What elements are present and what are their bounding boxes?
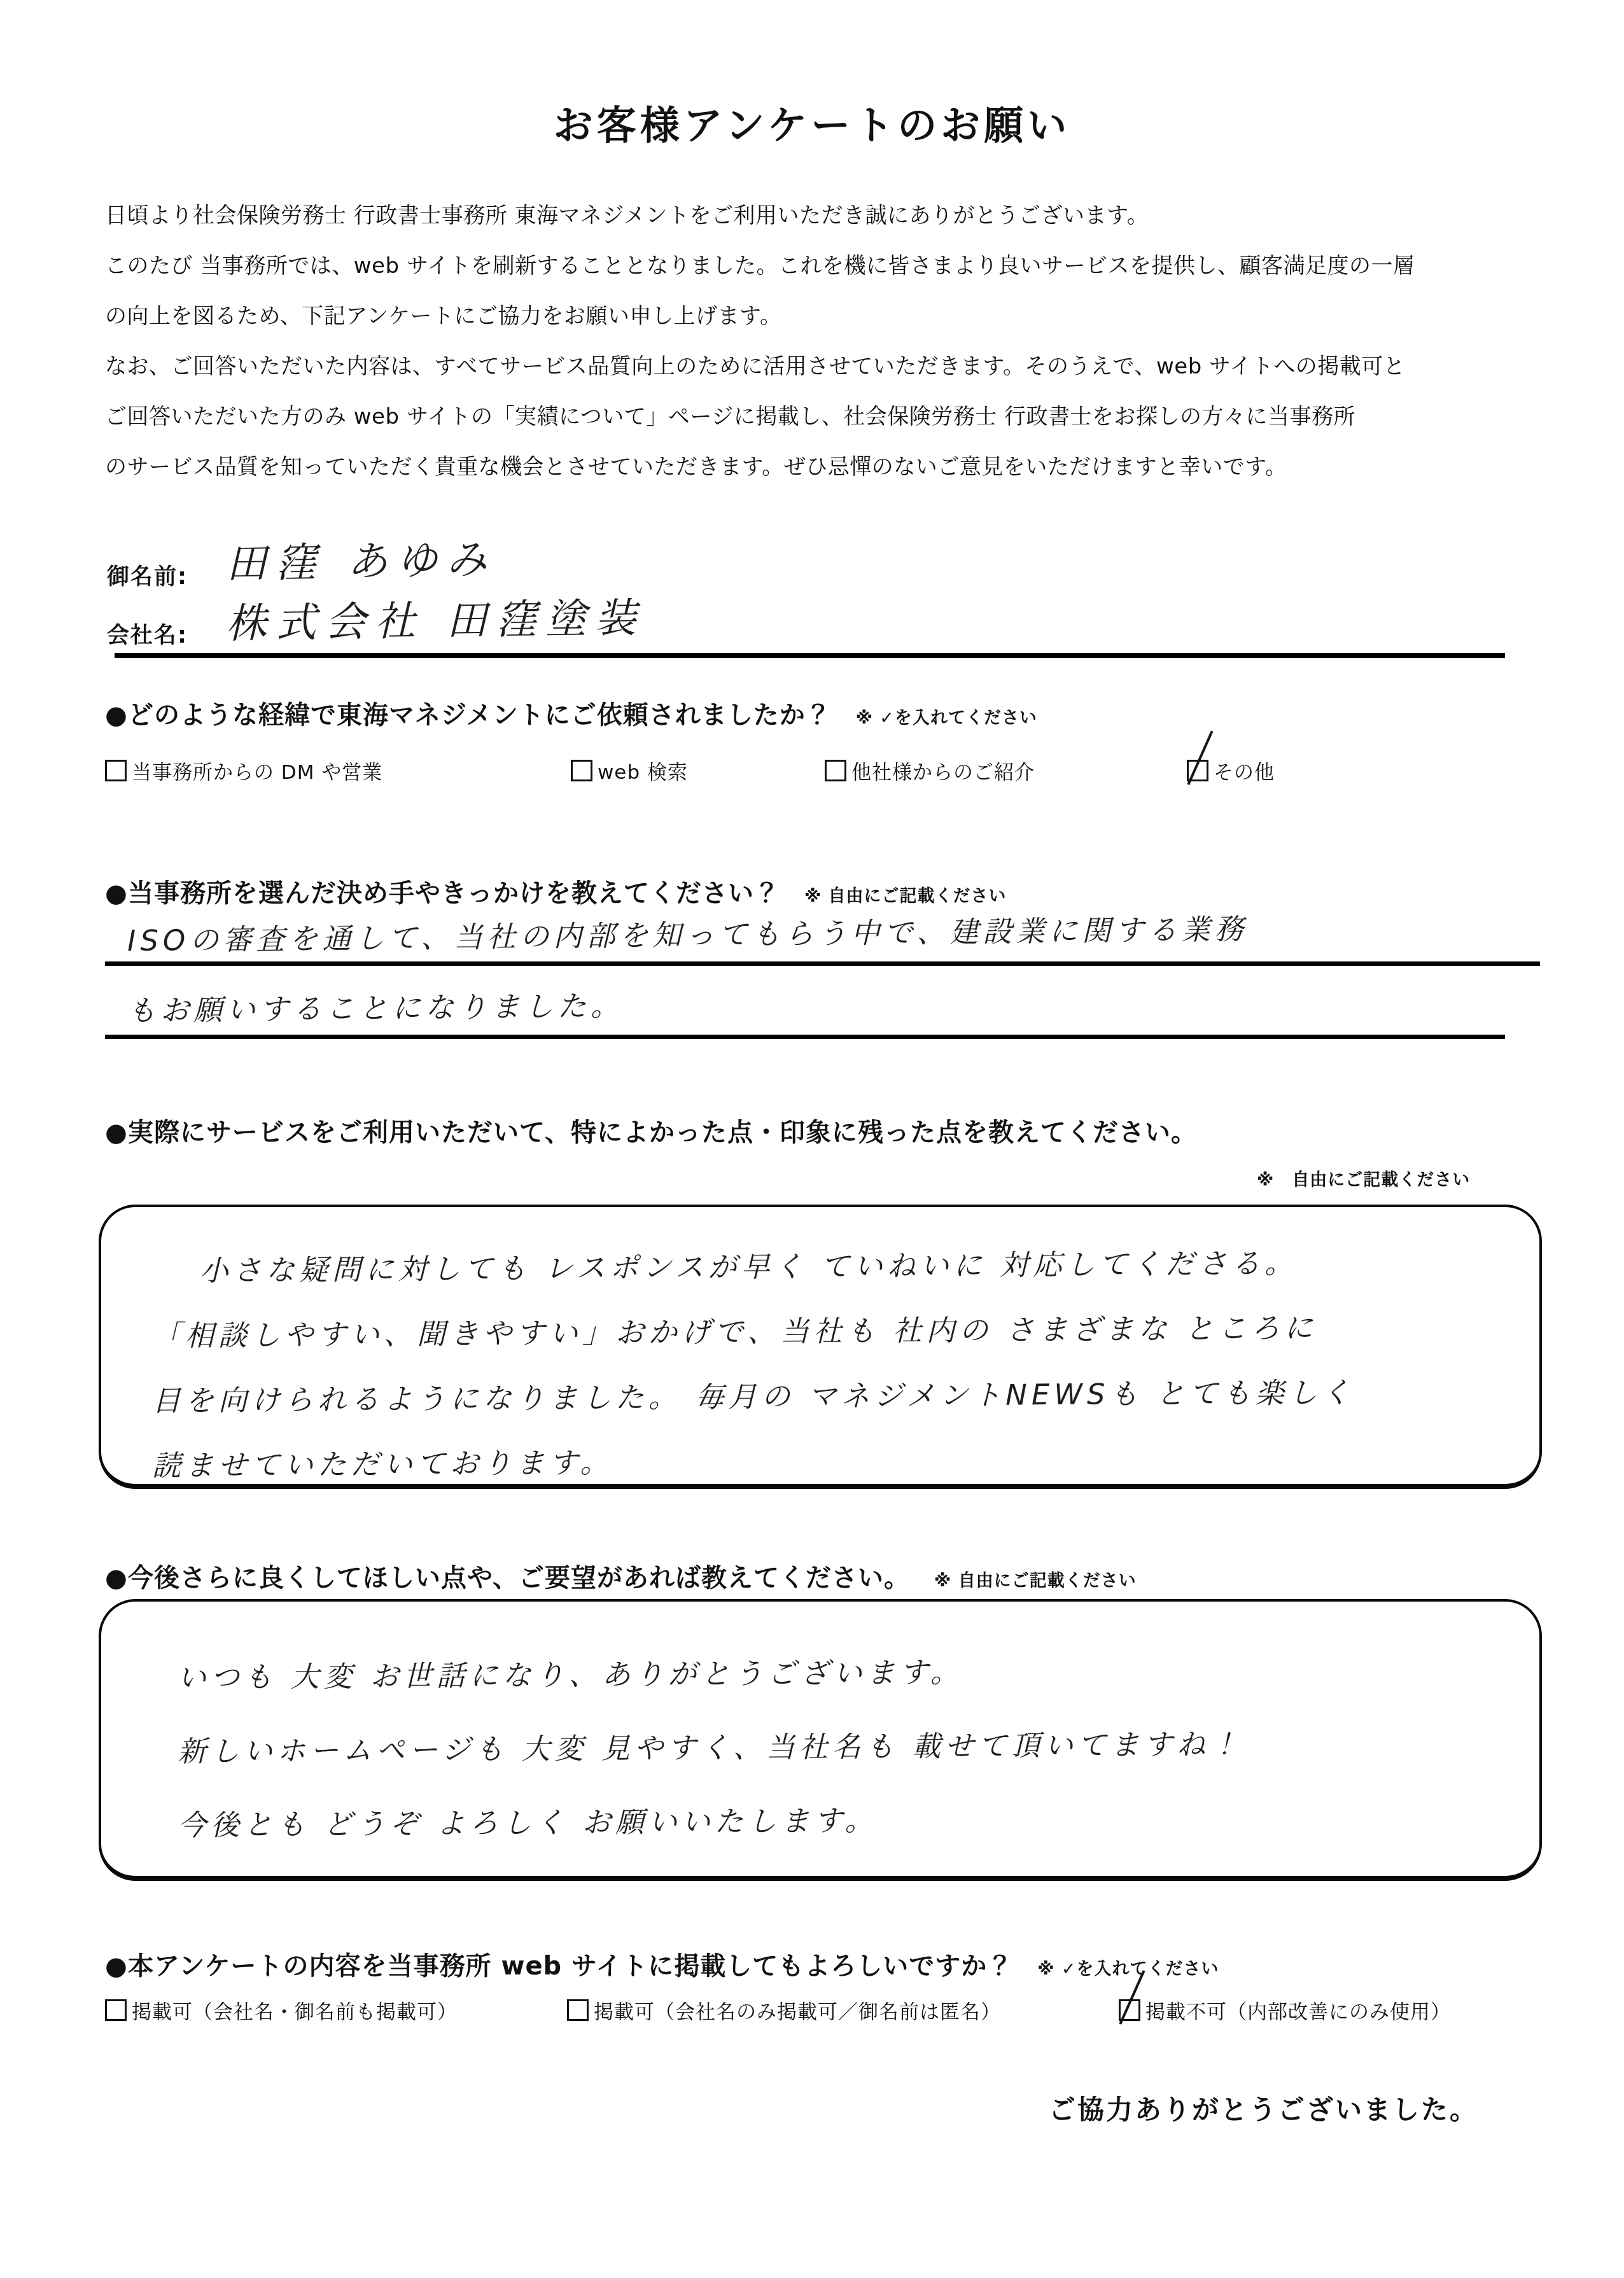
name-field-label: 御名前: <box>107 564 188 590</box>
option-other: その他 <box>1187 756 1275 785</box>
respondent-fields: 御名前: 田窪 あゆみ 会社名: 株式会社 田窪塗装 <box>107 538 645 655</box>
question-4-answer-line-3: 今後とも どうぞ よろしく お願いいたします。 <box>178 1779 1515 1862</box>
question-5-title: ●本アンケートの内容を当事務所 web サイトに掲載してもよろしいですか？ <box>105 1952 1013 1981</box>
checkbox-referral[interactable] <box>825 760 846 781</box>
option-no-publish: 掲載不可（内部改善にのみ使用） <box>1119 1995 1451 2024</box>
question-2-note: ※ 自由にご記載ください <box>804 886 1007 906</box>
question-2-answer-line-1: ISOの審査を通して、当社の内部を知ってもらう中で、建設業に関する業務 <box>127 906 1248 959</box>
option-label: 掲載可（会社名のみ掲載可／御名前は匿名） <box>594 2001 1001 2023</box>
question-3-answer-line-4: 読ませていただいております。 <box>152 1424 1515 1499</box>
intro-line: なお、ご回答いただいた内容は、すべてサービス品質向上のために活用させていただきま… <box>105 342 1530 392</box>
intro-line: このたび 当事務所では、web サイトを刷新することとなりました。これを機に皆さ… <box>105 241 1530 291</box>
survey-document: お客様アンケートのお願い 日頃より社会保険労務士 行政書士事務所 東海マネジメン… <box>0 0 1624 2278</box>
section-divider <box>115 653 1505 658</box>
question-3-note: ※ 自由にご記載ください <box>1257 1166 1470 1191</box>
checkbox-web-search[interactable] <box>571 760 592 781</box>
checkbox-other[interactable] <box>1187 760 1208 781</box>
intro-line: のサービス品質を知っていただく貴重な機会とさせていただきます。ぜひ忌憚のないご意… <box>105 442 1530 493</box>
company-field-handwritten-value: 株式会社 田窪塗装 <box>225 585 645 650</box>
option-label: 掲載可（会社名・御名前も掲載可） <box>132 2001 458 2023</box>
question-4-answer-line-2: 新しいホームページも 大変 見やすく、当社名も 載せて頂いてますね！ <box>178 1705 1515 1789</box>
question-4-answer-box: いつも 大変 お世話になり、ありがとうございます。 新しいホームページも 大変 … <box>99 1599 1542 1881</box>
answer-underline <box>105 1035 1505 1039</box>
name-field-handwritten-value: 田窪 あゆみ <box>225 527 496 590</box>
check-mark <box>1119 1970 1145 2025</box>
option-label: 当事務所からの DM や営業 <box>132 761 382 784</box>
option-publish-full: 掲載可（会社名・御名前も掲載可） <box>105 1995 458 2024</box>
intro-line: ご回答いただいた方のみ web サイトの「実績について」ページに掲載し、社会保険… <box>105 392 1530 442</box>
option-referral: 他社様からのご紹介 <box>825 756 1035 785</box>
question-4-note: ※ 自由にご記載ください <box>934 1571 1137 1591</box>
option-label: 掲載不可（内部改善にのみ使用） <box>1145 2001 1451 2023</box>
intro-line: の向上を図るため、下記アンケートにご協力をお願い申し上げます。 <box>105 291 1530 342</box>
checkbox-dm-sales[interactable] <box>105 760 127 781</box>
question-3-answer-line-2: 「相談しやすい、聞きやすい」おかげで、当社も 社内の さまざまな ところに <box>152 1294 1515 1369</box>
answer-underline <box>105 961 1540 966</box>
question-2-heading: ●当事務所を選んだ決め手やきっかけを教えてください？※ 自由にご記載ください <box>105 873 1007 909</box>
question-3-answer-box: 小さな疑問に対しても レスポンスが早く ていねいに 対応してくださる。 「相談し… <box>99 1205 1542 1489</box>
question-1-note: ※ ✓を入れてください <box>856 708 1037 728</box>
intro-line: 日頃より社会保険労務士 行政書士事務所 東海マネジメントをご利用いただき誠にあり… <box>105 191 1530 241</box>
option-label: web 検索 <box>598 761 688 784</box>
question-5-heading: ●本アンケートの内容を当事務所 web サイトに掲載してもよろしいですか？※ ✓… <box>105 1946 1219 1982</box>
check-mark <box>1187 730 1213 785</box>
company-field-label: 会社名: <box>107 623 188 648</box>
checkbox-no-publish[interactable] <box>1119 1999 1140 2021</box>
question-3-title: ●実際にサービスをご利用いただいて、特によかった点・印象に残った点を教えてくださ… <box>105 1112 1197 1149</box>
question-1-options: 当事務所からの DM や営業 web 検索 他社様からのご紹介 その他 <box>105 738 1543 795</box>
option-label: その他 <box>1214 761 1275 784</box>
question-1-title: ●どのような経緯で東海マネジメントにご依頼されましたか？ <box>105 701 832 730</box>
question-4-heading: ●今後さらに良くしてほしい点や、ご要望があれば教えてください。※ 自由にご記載く… <box>105 1558 1137 1594</box>
footer-thanks: ご協力ありがとうございました。 <box>1049 2089 1478 2127</box>
question-3-answer-line-1: 小さな疑問に対しても レスポンスが早く ていねいに 対応してくださる。 <box>152 1229 1515 1304</box>
question-5-note: ※ ✓を入れてください <box>1037 1959 1219 1979</box>
checkbox-publish-full[interactable] <box>105 1999 127 2021</box>
option-label: 他社様からのご紹介 <box>851 761 1035 784</box>
option-dm-sales: 当事務所からの DM や営業 <box>105 756 382 785</box>
question-2-title: ●当事務所を選んだ決め手やきっかけを教えてください？ <box>105 879 780 908</box>
intro-paragraph: 日頃より社会保険労務士 行政書士事務所 東海マネジメントをご利用いただき誠にあり… <box>105 191 1530 493</box>
question-2-answer-line-2: もお願いすることになりました。 <box>127 982 624 1029</box>
question-4-answer-line-1: いつも 大変 お世話になり、ありがとうございます。 <box>178 1632 1515 1715</box>
question-1-heading: ●どのような経緯で東海マネジメントにご依頼されましたか？※ ✓を入れてください <box>105 695 1037 731</box>
option-web-search: web 検索 <box>571 756 688 785</box>
question-3-answer-line-3: 目を向けられるようになりました。 毎月の マネジメントNEWSも とても楽しく <box>152 1359 1515 1434</box>
checkbox-publish-company-only[interactable] <box>567 1999 589 2021</box>
page-title: お客様アンケートのお願い <box>0 94 1624 151</box>
question-5-options: 掲載可（会社名・御名前も掲載可） 掲載可（会社名のみ掲載可／御名前は匿名） 掲載… <box>105 1978 1569 2035</box>
question-4-title: ●今後さらに良くしてほしい点や、ご要望があれば教えてください。 <box>105 1563 910 1593</box>
option-publish-company-only: 掲載可（会社名のみ掲載可／御名前は匿名） <box>567 1995 1001 2024</box>
